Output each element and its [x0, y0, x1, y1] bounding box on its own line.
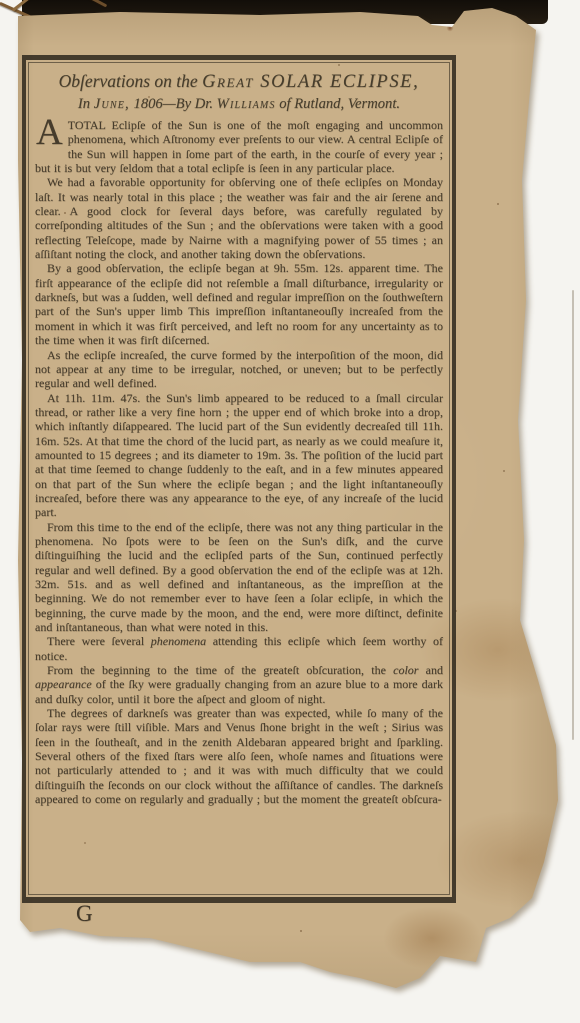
paragraph-9: The degrees of darkneſs was greater than… — [35, 706, 443, 806]
paragraph-4: As the eclipſe increaſed, the curve form… — [35, 348, 443, 391]
paragraph-2: We had a favorable opportunity for obſer… — [35, 175, 443, 261]
paragraph-6: From this time to the end of the eclipſe… — [35, 520, 443, 635]
printed-text-column: Obſervations on the Great SOLAR ECLIPSE,… — [35, 63, 443, 897]
subtitle-segment: of Rutland, Vermont. — [276, 96, 400, 112]
scanned-page: Obſervations on the Great SOLAR ECLIPSE,… — [0, 0, 580, 1023]
article-subtitle: In June, 1806—By Dr. Williams of Rutland… — [35, 96, 443, 113]
adjacent-page-edge — [572, 290, 574, 740]
subtitle-segment: 1806—By Dr. — [130, 96, 217, 112]
paragraph-7-segment: There were ſeveral — [47, 634, 151, 648]
paragraph-1-text: TOTAL Eclipſe of the Sun is one of the m… — [35, 118, 443, 175]
printed-border-box: Obſervations on the Great SOLAR ECLIPSE,… — [22, 55, 456, 903]
paragraph-8-italic-color: color — [393, 663, 418, 677]
paragraph-7: There were ſeveral phenomena attending t… — [35, 634, 443, 663]
paragraph-8: From the beginning to the time of the gr… — [35, 663, 443, 706]
article-body: ATOTAL Eclipſe of the Sun is one of the … — [35, 118, 443, 807]
paragraph-8-italic-appearance: appearance — [35, 677, 92, 691]
paragraph-3: By a good obſervation, the eclipſe began… — [35, 261, 443, 347]
signature-mark: G — [76, 901, 93, 927]
paragraph-8-segment: and — [418, 663, 443, 677]
paragraph-8-segment: of the ſky were gradually changing from … — [35, 677, 443, 705]
subtitle-segment: In — [78, 96, 94, 112]
title-caps-text: Great SOLAR ECLIPSE, — [202, 72, 419, 92]
paragraph-5: At 11h. 11m. 47s. the Sun's limb appeare… — [35, 391, 443, 520]
article-title: Obſervations on the Great SOLAR ECLIPSE, — [35, 71, 443, 93]
subtitle-author-caps: Williams — [217, 96, 276, 112]
paragraph-8-segment: From the beginning to the time of the gr… — [47, 663, 393, 677]
foxing-specks — [0, 0, 2, 2]
paragraph-7-italic: phenomena — [151, 634, 206, 648]
subtitle-month-caps: June, — [94, 96, 130, 112]
paragraph-1: ATOTAL Eclipſe of the Sun is one of the … — [35, 118, 443, 175]
drop-cap: A — [35, 118, 68, 147]
title-italic-text: Obſervations on the — [59, 71, 202, 91]
